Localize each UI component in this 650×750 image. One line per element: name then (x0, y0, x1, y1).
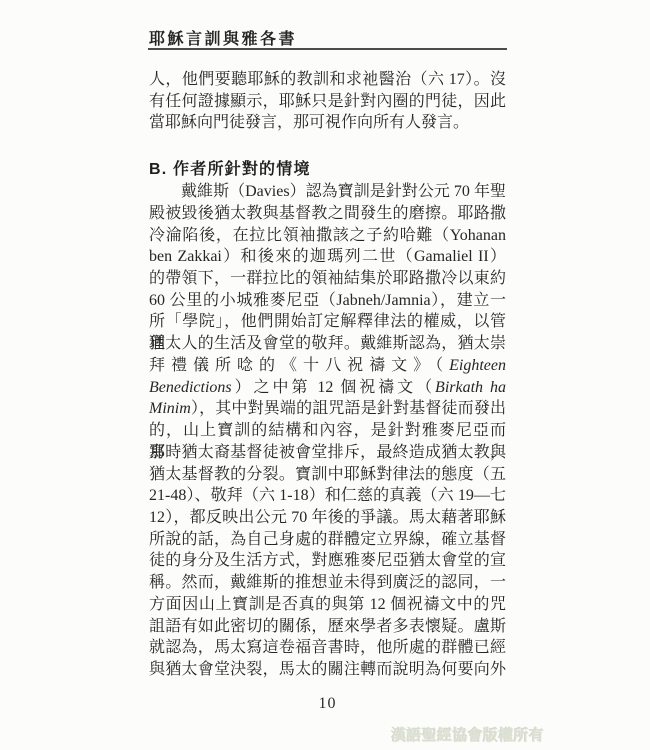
body-text-block: 人，他們要聽耶穌的教訓和求祂醫治（六 17）。沒有任何證據顯示，耶穌只是針對內圈… (149, 69, 506, 681)
text-line: 殿被毀後猶太教與基督教之間發生的磨擦。耶路撒 (149, 203, 506, 225)
text-line: ben Zakkai）和後來的迦瑪列二世（Gamaliel II） (149, 246, 506, 268)
text-line: 人，他們要聽耶穌的教訓和求祂醫治（六 17）。沒 (149, 69, 506, 91)
page-number: 10 (149, 695, 506, 713)
latin-title-italic: Benedictions (149, 379, 232, 396)
paragraph: 戴維斯（Davies）認為寶訓是針對公元 70 年聖殿被毀後猶太教與基督教之間發… (149, 181, 506, 681)
text-line: 與猶太會堂決裂，馬太的關注轉而說明為何要向外 (149, 659, 506, 681)
text-line: 12），都反映出公元 70 年後的爭議。馬太藉著耶穌 (149, 507, 506, 529)
running-head: 耶穌言訓與雅各書 (149, 26, 507, 49)
text-line: 所「學院」，他們開始訂定解釋律法的權威，以管理 (149, 311, 506, 333)
section-heading: B. 作者所針對的情境 (149, 158, 506, 181)
text-line: Benedictions）之中第 12 個祝禱文（Birkath ha (149, 377, 506, 399)
text-line: 60 公里的小城雅麥尼亞（Jabneh/Jamnia），建立一 (149, 290, 506, 312)
text-line: 冷淪陷後，在拉比領袖撒該之子約哈難（Yohanan (149, 225, 506, 247)
text-line: 稱。然而，戴維斯的推想並未得到廣泛的認同，一 (149, 572, 506, 594)
text-line: 的帶領下，一群拉比的領袖結集於耶路撒冷以東約 (149, 268, 506, 290)
running-head-title: 耶穌言訓與雅各書 (149, 31, 297, 48)
running-head-rule (148, 48, 507, 50)
text-line: 當耶穌向門徒發言，那可視作向所有人發言。 (149, 112, 506, 134)
latin-title-italic: Eighteen (449, 357, 506, 374)
latin-title-italic: Minim (149, 400, 191, 417)
text-line: 就認為，馬太寫這卷福音書時，他所處的群體已經 (149, 637, 506, 659)
text-line: 拜禮儀所唸的《十八祝禱文》（Eighteen (149, 355, 506, 377)
text-line: 所說的話，為自己身處的群體定立界線，確立基督 (149, 529, 506, 551)
text-line: 有任何證據顯示，耶穌只是針對內圈的門徒，因此 (149, 91, 506, 113)
scanned-book-page: 耶穌言訓與雅各書 人，他們要聽耶穌的教訓和求祂醫治（六 17）。沒有任何證據顯示… (0, 0, 650, 750)
text-line: 戴維斯（Davies）認為寶訓是針對公元 70 年聖 (149, 181, 506, 203)
text-line: 徒的身分及生活方式，對應雅麥尼亞猶太會堂的宣 (149, 550, 506, 572)
text-line: 猶太人的生活及會堂的敬拜。戴維斯認為，猶太崇 (149, 333, 506, 355)
publisher-watermark: 漢語聖經協會版權所有 (391, 724, 544, 745)
text-line: 的，山上寶訓的結構和內容，是針對雅麥尼亞而寫， (149, 420, 506, 442)
text-line: 詛語有如此密切的關係，歷來學者多表懷疑。盧斯 (149, 616, 506, 638)
text-line: 方面因山上寶訓是否真的與第 12 個祝禱文中的咒 (149, 594, 506, 616)
paragraph: 人，他們要聽耶穌的教訓和求祂醫治（六 17）。沒有任何證據顯示，耶穌只是針對內圈… (149, 69, 506, 134)
text-line: 猶太基督教的分裂。寶訓中耶穌對律法的態度（五 (149, 464, 506, 486)
latin-title-italic: Birkath ha (435, 379, 506, 396)
text-line: Minim），其中對異端的詛咒語是針對基督徒而發出 (149, 398, 506, 420)
text-line: 21-48）、敬拜（六 1-18）和仁慈的真義（六 19—七 (149, 485, 506, 507)
text-line: 那時猶太裔基督徒被會堂排斥，最終造成猶太教與 (149, 442, 506, 464)
